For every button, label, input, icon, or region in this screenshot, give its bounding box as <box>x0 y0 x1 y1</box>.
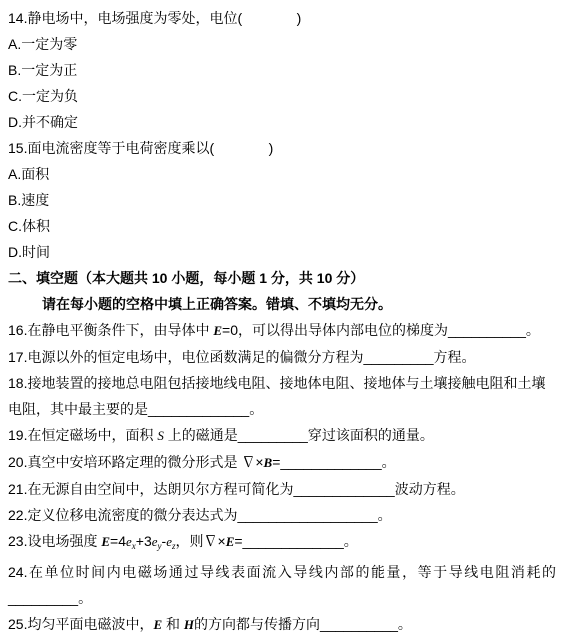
text-run: 。 <box>382 454 396 470</box>
question-18: 18.接地装置的接地总电阻包括接地线电阻、接地体电阻、接地体与土壤接触电阻和土壤… <box>8 370 556 422</box>
fill-blank: _________ <box>8 590 78 606</box>
question-23: 23.设电场强度 E=4ex+3ey-ez，则∇×E=_____________… <box>8 528 556 559</box>
formula-symbol: H <box>184 617 194 632</box>
text-run: 。 <box>378 507 392 523</box>
question-21: 21.在无源自由空间中，达朗贝尔方程可简化为_____________波动方程。 <box>8 476 556 502</box>
formula-symbol: E <box>153 617 162 632</box>
text-run: 19.在恒定磁场中，面积 <box>8 427 157 443</box>
text-run: ，则∇× <box>176 533 226 549</box>
fill-blank: _____________ <box>293 481 394 497</box>
text-run: 。 <box>344 533 358 549</box>
text-run: 16.在静电平衡条件下，由导体中 <box>8 322 213 338</box>
formula-symbol: E <box>101 534 110 549</box>
text-run: 。 <box>526 322 540 338</box>
question-14-option-a: A.一定为零 <box>8 31 556 57</box>
text-run: =4 <box>110 533 126 549</box>
text-run: 穿过该面积的通量。 <box>308 427 434 443</box>
question-19: 19.在恒定磁场中，面积 S 上的磁通是_________穿过该面积的通量。 <box>8 422 556 449</box>
question-22: 22.定义位移电流密度的微分表达式为__________________。 <box>8 502 556 528</box>
text-run: 的方向都与传播方向 <box>194 616 320 632</box>
text-run: = <box>234 533 242 549</box>
fill-blank: __________ <box>320 616 398 632</box>
question-15-stem: 15.面电流密度等于电荷密度乘以( ) <box>8 135 556 161</box>
fill-blank: _____________ <box>280 454 381 470</box>
question-15-option-a: A.面积 <box>8 161 556 187</box>
text-run: 17.电源以外的恒定电场中，电位函数满足的偏微分方程为 <box>8 349 363 365</box>
question-24: 24.在单位时间内电磁场通过导线表面流入导线内部的能量，等于导线电阻消耗的___… <box>8 559 556 611</box>
text-run: =0，可以得出导体内部电位的梯度为 <box>222 322 448 338</box>
text-run: 波动方程。 <box>395 481 465 497</box>
text-run: 方程。 <box>434 349 476 365</box>
text-run: 。 <box>398 616 412 632</box>
question-20: 20.真空中安培环路定理的微分形式是 ∇×B=_____________。 <box>8 449 556 476</box>
text-run: 。 <box>249 401 263 417</box>
section-2-instruction: 请在每小题的空格中填上正确答案。错填、不填均无分。 <box>8 291 556 317</box>
question-25: 25.均匀平面电磁波中，E 和 H的方向都与传播方向__________。 <box>8 611 556 636</box>
text-run: 24.在单位时间内电磁场通过导线表面流入导线内部的能量，等于导线电阻消耗的 <box>8 564 556 580</box>
text-run: 和 <box>162 616 184 632</box>
section-2-title: 二、填空题（本大题共 10 小题，每小题 1 分，共 10 分） <box>8 265 556 291</box>
fill-blank: __________ <box>448 322 526 338</box>
question-15-option-b: B.速度 <box>8 187 556 213</box>
text-run: 。 <box>78 590 92 606</box>
fill-blank: __________________ <box>237 507 377 523</box>
question-15-option-c: C.体积 <box>8 213 556 239</box>
text-run: 23.设电场强度 <box>8 533 101 549</box>
question-15-option-d: D.时间 <box>8 239 556 265</box>
fill-blank: _________ <box>238 427 308 443</box>
text-run: 上的磁通是 <box>164 427 238 443</box>
question-14-option-d: D.并不确定 <box>8 109 556 135</box>
question-14-stem: 14.静电场中，电场强度为零处，电位( ) <box>8 5 556 31</box>
fill-blank: _____________ <box>243 533 344 549</box>
question-16: 16.在静电平衡条件下，由导体中 E=0，可以得出导体内部电位的梯度为_____… <box>8 317 556 344</box>
text-run: 21.在无源自由空间中，达朗贝尔方程可简化为 <box>8 481 293 497</box>
text-run: 20.真空中安培环路定理的微分形式是 ∇× <box>8 454 264 470</box>
text-run: 25.均匀平面电磁波中， <box>8 616 153 632</box>
fill-blank: _____________ <box>148 401 249 417</box>
question-17: 17.电源以外的恒定电场中，电位函数满足的偏微分方程为_________方程。 <box>8 344 556 370</box>
exam-document: 14.静电场中，电场强度为零处，电位( ) A.一定为零 B.一定为正 C.一定… <box>0 0 564 636</box>
question-14-option-c: C.一定为负 <box>8 83 556 109</box>
formula-symbol: B <box>264 455 273 470</box>
question-14-option-b: B.一定为正 <box>8 57 556 83</box>
fill-blank: _________ <box>363 349 433 365</box>
formula-symbol: E <box>213 323 222 338</box>
text-run: 22.定义位移电流密度的微分表达式为 <box>8 507 237 523</box>
text-run: +3 <box>136 533 152 549</box>
text-run: 18.接地装置的接地总电阻包括接地线电阻、接地体电阻、接地体与土壤接触电阻和土壤… <box>8 375 545 417</box>
